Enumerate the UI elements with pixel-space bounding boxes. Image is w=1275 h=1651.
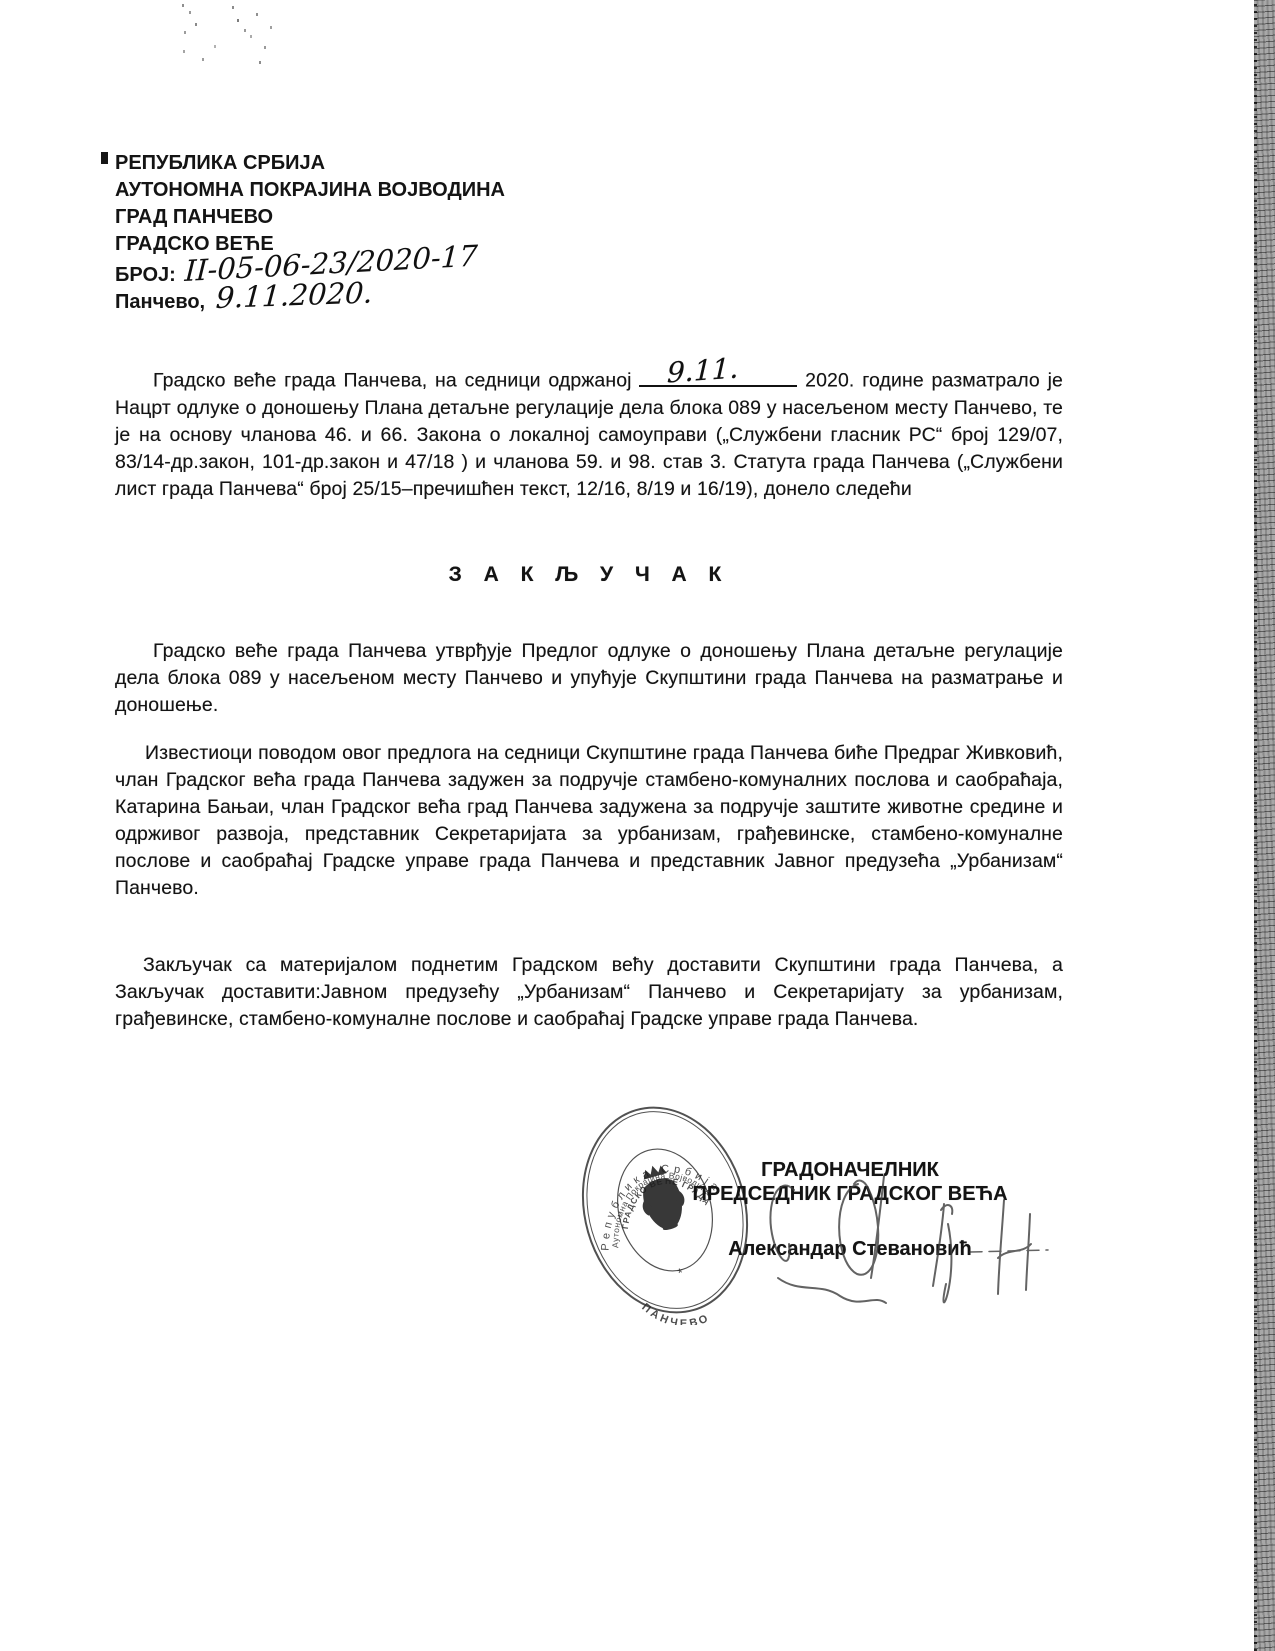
ink-blob-artifact xyxy=(101,152,108,164)
case-number-label: БРОЈ: xyxy=(115,264,176,286)
paragraph-decision: Градско веће града Панчева утврђује Пред… xyxy=(115,638,1063,719)
session-date-blank: 9.11. xyxy=(639,365,797,387)
document-title: З А К Љ У Ч А К xyxy=(115,563,1063,587)
intro-text-before-date: Градско веће града Панчева, на седници о… xyxy=(153,370,632,392)
letterhead-country: РЕПУБЛИКА СРБИЈА xyxy=(115,150,505,177)
paragraph-intro: Градско веће града Панчева, на седници о… xyxy=(115,365,1063,503)
letterhead-province: АУТОНОМНА ПОКРАЈИНА ВОЈВОДИНА xyxy=(115,177,505,204)
svg-text:ПАНЧЕВО: ПАНЧЕВО xyxy=(637,1285,712,1325)
letterhead: РЕПУБЛИКА СРБИЈА АУТОНОМНА ПОКРАЈИНА ВОЈ… xyxy=(115,150,505,312)
paragraph-distribution: Закључак са материјалом поднетим Градско… xyxy=(115,952,1063,1033)
scanned-document-page: РЕПУБЛИКА СРБИЈА АУТОНОМНА ПОКРАЈИНА ВОЈ… xyxy=(0,0,1275,1651)
scan-edge-artifact xyxy=(1254,0,1275,1651)
place-date-line: Панчево,9.11.2020. xyxy=(115,285,505,312)
session-date-handwritten: 9.11. xyxy=(667,354,740,386)
place-label: Панчево, xyxy=(115,291,205,313)
letterhead-city: ГРАД ПАНЧЕВО xyxy=(115,204,505,231)
paragraph-rapporteurs: Известиоци поводом овог предлога на седн… xyxy=(115,740,1063,902)
stamp-star: * xyxy=(676,1265,685,1281)
scan-noise-specks xyxy=(182,4,184,7)
date-handwritten: 9.11.2020. xyxy=(215,279,374,312)
stamp-bottom-text: ПАНЧЕВО xyxy=(637,1285,712,1325)
handwritten-signature xyxy=(708,1162,1058,1347)
